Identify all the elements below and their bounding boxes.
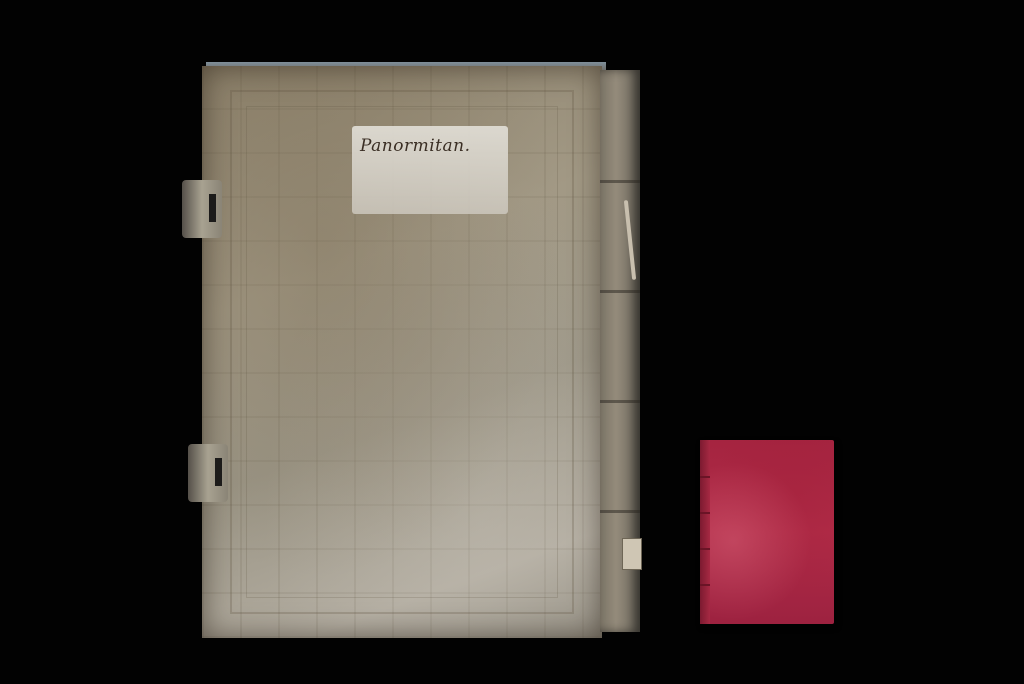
clasp-pin bbox=[215, 458, 222, 486]
spine-label bbox=[622, 538, 642, 570]
spine-band bbox=[700, 548, 710, 550]
book-cover: Panormitan. bbox=[202, 66, 602, 638]
spine-band bbox=[600, 400, 640, 403]
lower-clasp bbox=[188, 444, 228, 502]
photo-scene: Panormitan. bbox=[0, 0, 1024, 684]
spine-band bbox=[700, 512, 710, 514]
spine-band bbox=[700, 584, 710, 586]
title-label-text: Panormitan. bbox=[360, 136, 471, 156]
large-vellum-book: Panormitan. bbox=[192, 60, 654, 642]
small-red-book bbox=[700, 440, 834, 624]
spine-band bbox=[600, 290, 640, 293]
clasp-pin bbox=[209, 194, 216, 222]
red-book-spine bbox=[700, 440, 710, 624]
spine-band bbox=[600, 180, 640, 183]
upper-clasp bbox=[182, 180, 222, 238]
spine-band bbox=[700, 476, 710, 478]
title-label: Panormitan. bbox=[352, 126, 508, 214]
spine-band bbox=[600, 510, 640, 513]
